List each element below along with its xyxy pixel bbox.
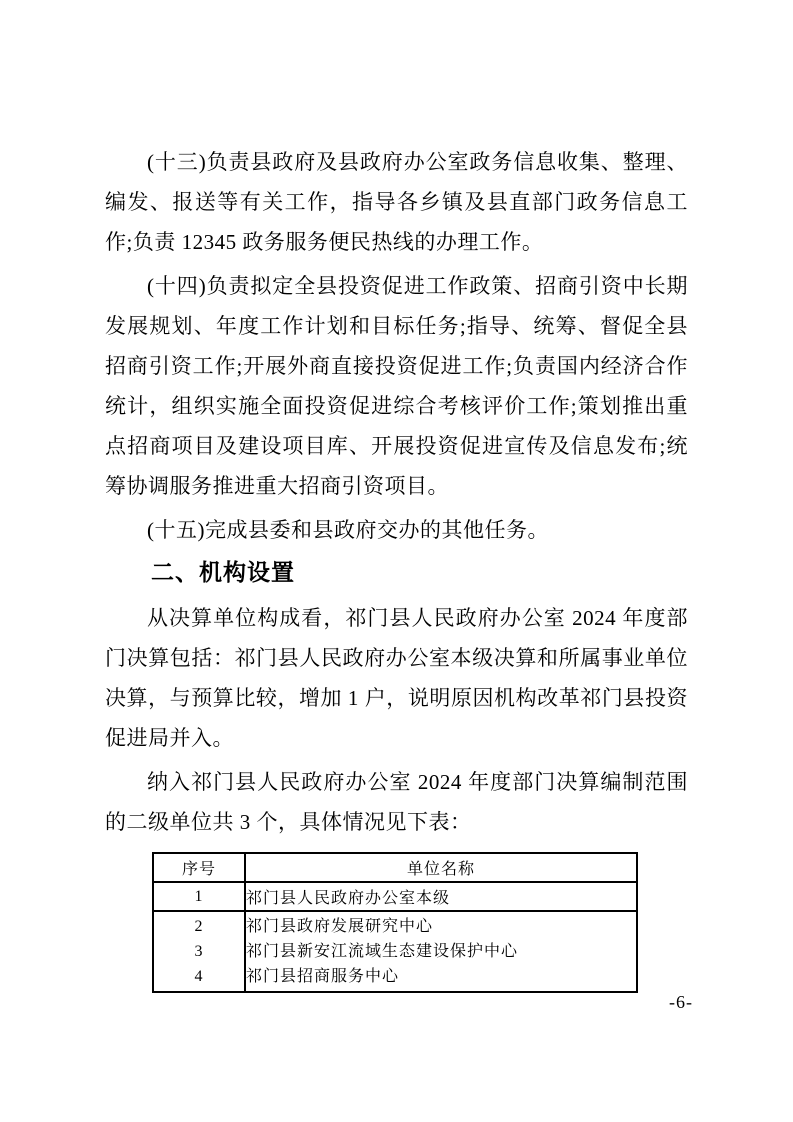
unit-name: 祁门县招商服务中心 [246, 964, 636, 989]
document-page: (十三)负责县政府及县政府办公室政务信息收集、整理、编发、报送等有关工作，指导各… [0, 0, 793, 1122]
page-number: -6- [669, 992, 693, 1013]
table-row: 1 祁门县人民政府办公室本级 [153, 882, 637, 911]
paragraph-duty-15: (十五)完成县委和县政府交办的其他任务。 [105, 510, 688, 550]
paragraph-duty-13: (十三)负责县政府及县政府办公室政务信息收集、整理、编发、报送等有关工作，指导各… [105, 142, 688, 262]
table-header-row: 序号 单位名称 [153, 853, 637, 882]
column-header-unit-name: 单位名称 [245, 853, 637, 882]
unit-name-group: 祁门县政府发展研究中心 祁门县新安江流域生态建设保护中心 祁门县招商服务中心 [245, 911, 637, 992]
units-table: 序号 单位名称 1 祁门县人民政府办公室本级 2 3 4 祁门县政府发展研究中心 [152, 852, 638, 993]
paragraph-duty-14: (十四)负责拟定全县投资促进工作政策、招商引资中长期发展规划、年度工作计划和目标… [105, 266, 688, 506]
row-number-group: 2 3 4 [153, 911, 245, 992]
paragraph-budget-scope: 纳入祁门县人民政府办公室 2024 年度部门决算编制范围的二级单位共 3 个，具… [105, 762, 688, 842]
section-heading-org-setup: 二、机构设置 [105, 556, 688, 588]
row-number: 4 [154, 964, 244, 989]
row-number: 2 [154, 914, 244, 939]
row-number: 3 [154, 939, 244, 964]
document-content: (十三)负责县政府及县政府办公室政务信息收集、整理、编发、报送等有关工作，指导各… [105, 142, 688, 993]
table-row-group: 2 3 4 祁门县政府发展研究中心 祁门县新安江流域生态建设保护中心 祁门县招商… [153, 911, 637, 992]
unit-name: 祁门县人民政府办公室本级 [245, 882, 637, 911]
column-header-serial-number: 序号 [153, 853, 245, 882]
paragraph-budget-composition: 从决算单位构成看，祁门县人民政府办公室 2024 年度部门决算包括：祁门县人民政… [105, 598, 688, 758]
unit-name: 祁门县新安江流域生态建设保护中心 [246, 939, 636, 964]
unit-name: 祁门县政府发展研究中心 [246, 914, 636, 939]
row-number: 1 [153, 882, 245, 911]
